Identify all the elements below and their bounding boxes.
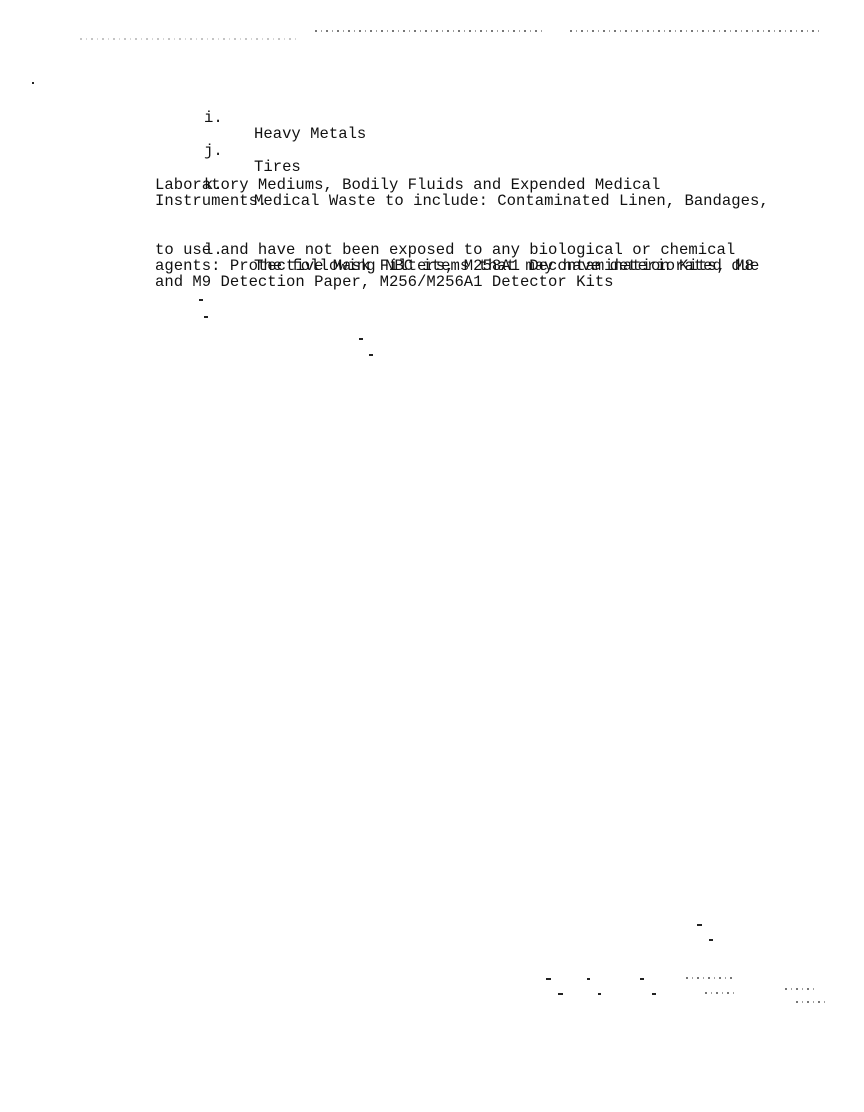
scan-speck (204, 316, 208, 318)
scan-speck (546, 978, 551, 980)
scan-speck (697, 924, 702, 926)
scan-noise-top-left (80, 38, 300, 40)
scan-noise-bottom-right (796, 1001, 826, 1003)
item-text-line-3: agents: Protective Mask Filters, M258A1 … (155, 258, 754, 274)
item-text-line-2: to use and have not been exposed to any … (155, 242, 735, 258)
scan-noise-top-middle (315, 30, 545, 32)
scan-speck (640, 978, 644, 980)
scan-noise-bottom-right (785, 988, 815, 990)
scan-noise-bottom (705, 992, 735, 994)
item-text-line-1: Medical Waste to include: Contaminated L… (254, 193, 769, 209)
scan-speck (587, 978, 590, 980)
scan-speck (369, 354, 373, 356)
item-text-line-3: Instruments. (155, 193, 267, 209)
list-item-i: i. Heavy Metals (155, 94, 815, 110)
scan-speck (709, 939, 713, 941)
item-marker: i. (204, 110, 223, 126)
scan-noise-bottom (686, 977, 736, 979)
list-item-l: l. The following NBC items that may have… (155, 226, 815, 290)
list-item-k: k. Medical Waste to include: Contaminate… (155, 161, 815, 209)
item-marker: j. (204, 143, 223, 159)
item-text-line-2: Laboratory Mediums, Bodily Fluids and Ex… (155, 177, 660, 193)
scan-speck (359, 338, 363, 340)
scan-speck (32, 82, 34, 84)
scan-speck (199, 299, 203, 301)
document-page: i. Heavy Metals j. Tires k. Medical Wast… (0, 0, 864, 1112)
scan-noise-top-right (570, 30, 820, 32)
item-text-line-4: and M9 Detection Paper, M256/M256A1 Dete… (155, 274, 614, 290)
scan-speck (598, 993, 601, 995)
scan-speck (652, 993, 656, 995)
list-item-j: j. Tires (155, 127, 815, 143)
scan-speck (558, 993, 563, 995)
